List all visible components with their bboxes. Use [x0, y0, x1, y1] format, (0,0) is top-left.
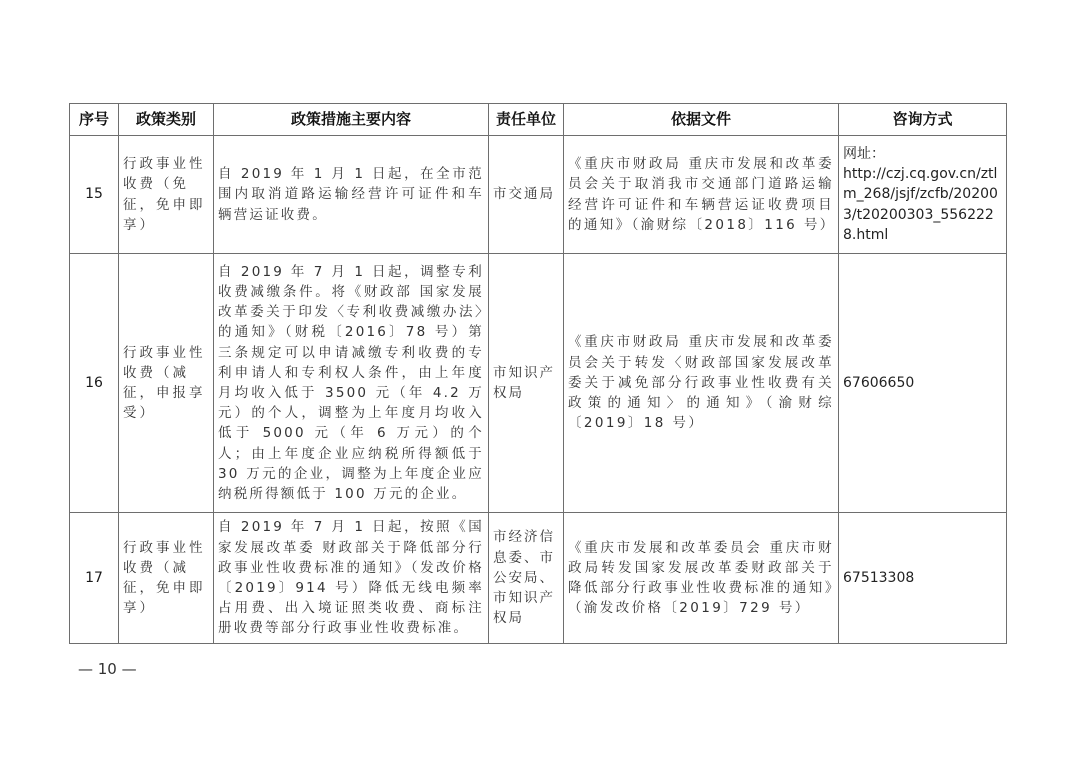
page-number: — 10 —	[78, 660, 137, 678]
row-num: 17	[70, 513, 119, 644]
table-row: 15 行政事业性收费（免征，免申即享） 自 2019 年 1 月 1 日起，在全…	[70, 136, 1007, 254]
header-document: 依据文件	[564, 104, 839, 136]
row-content: 自 2019 年 1 月 1 日起，在全市范围内取消道路运输经营许可证件和车辆营…	[214, 136, 489, 254]
contact-url[interactable]: http://czj.cq.gov.cn/ztlm_268/jsjf/zcfb/…	[843, 166, 998, 243]
row-contact: 网址： http://czj.cq.gov.cn/ztlm_268/jsjf/z…	[839, 136, 1007, 254]
header-category: 政策类别	[119, 104, 214, 136]
table-header-row: 序号 政策类别 政策措施主要内容 责任单位 依据文件 咨询方式	[70, 104, 1007, 136]
header-num: 序号	[70, 104, 119, 136]
table-row: 17 行政事业性收费（减征，免申即享） 自 2019 年 7 月 1 日起，按照…	[70, 513, 1007, 644]
policy-table: 序号 政策类别 政策措施主要内容 责任单位 依据文件 咨询方式 15 行政事业性…	[69, 103, 1007, 644]
header-content: 政策措施主要内容	[214, 104, 489, 136]
contact-label: 网址：	[843, 146, 885, 162]
header-contact: 咨询方式	[839, 104, 1007, 136]
row-document: 《重庆市发展和改革委员会 重庆市财政局转发国家发展改革委财政部关于降低部分行政事…	[564, 513, 839, 644]
row-contact: 67606650	[839, 254, 1007, 513]
row-unit: 市交通局	[489, 136, 564, 254]
row-category: 行政事业性收费（免征，免申即享）	[119, 136, 214, 254]
row-contact: 67513308	[839, 513, 1007, 644]
row-document: 《重庆市财政局 重庆市发展和改革委员会关于转发〈财政部国家发展改革委关于减免部分…	[564, 254, 839, 513]
table-row: 16 行政事业性收费（减征，申报享受） 自 2019 年 7 月 1 日起，调整…	[70, 254, 1007, 513]
row-num: 15	[70, 136, 119, 254]
row-num: 16	[70, 254, 119, 513]
row-category: 行政事业性收费（减征，申报享受）	[119, 254, 214, 513]
row-document: 《重庆市财政局 重庆市发展和改革委员会关于取消我市交通部门道路运输经营许可证件和…	[564, 136, 839, 254]
row-content: 自 2019 年 7 月 1 日起，调整专利收费减缴条件。将《财政部 国家发展改…	[214, 254, 489, 513]
header-unit: 责任单位	[489, 104, 564, 136]
row-unit: 市知识产权局	[489, 254, 564, 513]
row-content: 自 2019 年 7 月 1 日起，按照《国家发展改革委 财政部关于降低部分行政…	[214, 513, 489, 644]
row-category: 行政事业性收费（减征，免申即享）	[119, 513, 214, 644]
row-unit: 市经济信息委、市公安局、市知识产权局	[489, 513, 564, 644]
